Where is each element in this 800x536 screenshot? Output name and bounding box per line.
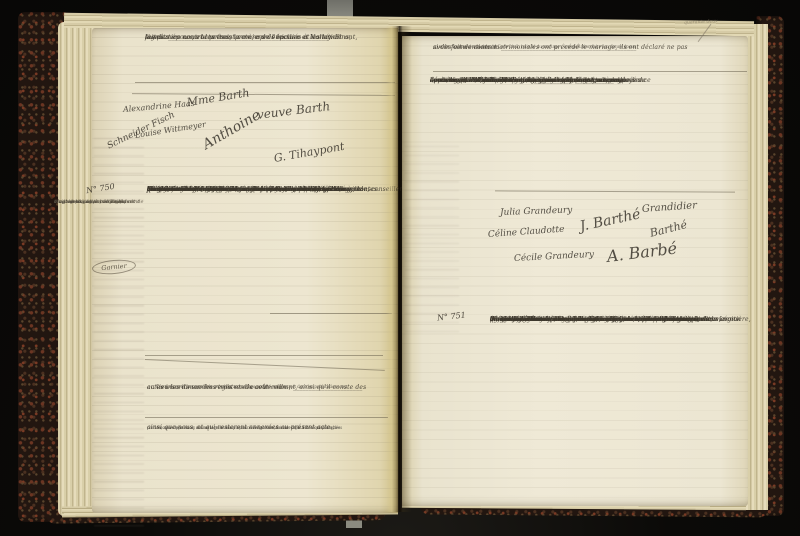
- signature: A. Barbé: [606, 238, 678, 265]
- signature: Grandidier: [642, 200, 698, 215]
- signature: J. Barthé: [578, 206, 642, 234]
- right-page: quarante deux et du chapitre six du titr…: [402, 36, 748, 506]
- ruled-divider: [135, 82, 395, 83]
- text-line: faites. ________________________________…: [145, 32, 329, 43]
- ruled-divider: [145, 355, 383, 356]
- signature: Barthé: [648, 218, 688, 240]
- signature: Cécile Grandeury: [514, 250, 595, 264]
- text-line: avoir fait de contrat. _________________…: [433, 43, 636, 53]
- ruled-divider: [145, 417, 388, 418]
- signature: Alexandrine Haas: [123, 99, 196, 114]
- signature: Mme Barth: [186, 86, 250, 109]
- ruled-divider: [132, 93, 395, 96]
- text-line: vingt-deux.: [54, 198, 84, 206]
- text-line: domiciliées à Vitrey (Meurthe-et-Moselle…: [147, 186, 379, 193]
- text-line: actes inscrits sur les registres de cett…: [147, 383, 362, 392]
- act-number: N° 751: [437, 311, 467, 323]
- signature: Céline Claudotte: [488, 225, 565, 240]
- diagonal-fill-line: [145, 359, 385, 371]
- ruled-divider: [495, 190, 735, 192]
- bleed-through-text: [405, 146, 459, 336]
- text-line: vérifié ; fille majeure de Henri Émile P…: [490, 316, 712, 324]
- signature: G. Tihaypont: [273, 140, 345, 165]
- register-book-photograph: auxdits époux, et les trois premiers dom…: [0, 0, 800, 536]
- signature: Julia Grandeury: [500, 205, 573, 218]
- ruled-divider: [270, 313, 392, 314]
- book-gutter-shadow: [386, 26, 412, 512]
- signature: Anthoine: [200, 107, 263, 153]
- signature: veuve Barth: [256, 99, 331, 122]
- signature: Louise Wittmeyer: [134, 120, 206, 140]
- left-page: auxdits époux, et les trois premiers dom…: [92, 28, 398, 513]
- text-line: après lecture et collation faites. _____…: [430, 77, 572, 85]
- ruled-divider: [433, 71, 747, 72]
- text-line: ainsi que nous, et qui resteront annexée…: [147, 424, 335, 432]
